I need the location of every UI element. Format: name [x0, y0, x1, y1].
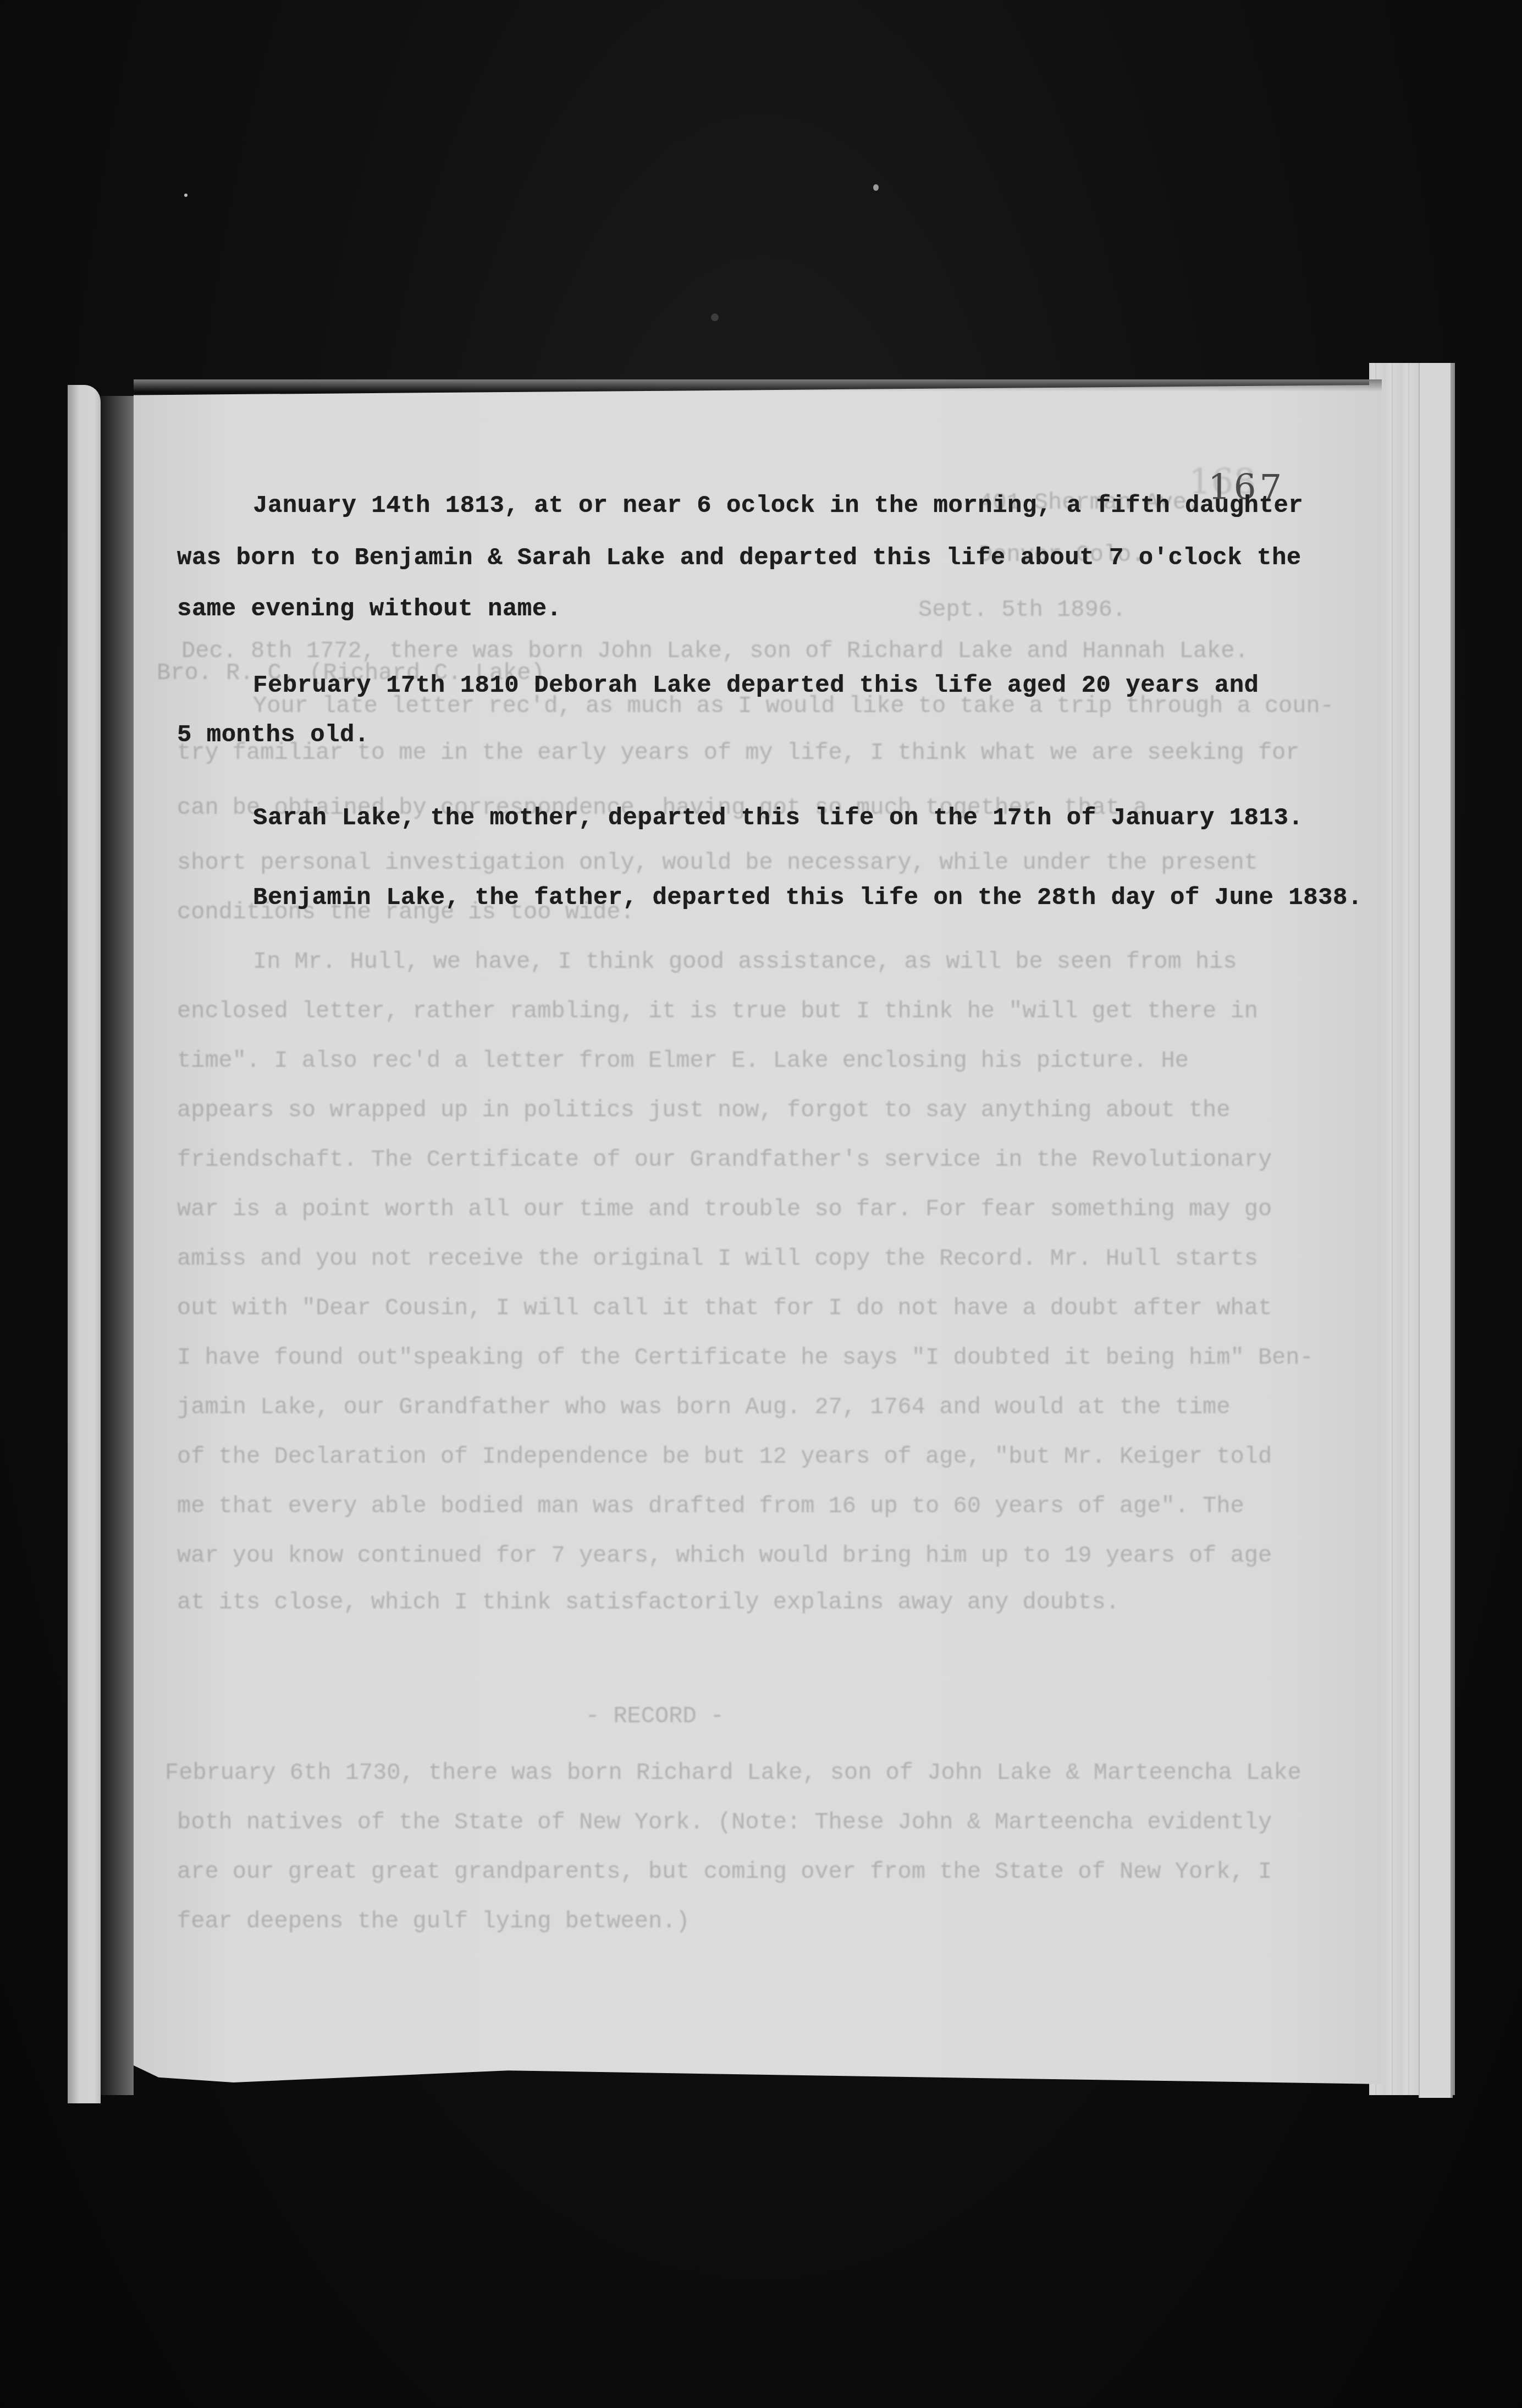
ghost-body-line: appears so wrapped up in politics just n… [177, 1097, 1231, 1123]
paragraph-2-line-1: February 17th 1810 Deborah Lake departed… [253, 672, 1259, 699]
microfilm-scan: 401 Sherman Ave. Denver Colo. Sept. 5th … [0, 0, 1522, 2408]
ghost-body-line: time". I also rec'd a letter from Elmer … [177, 1048, 1189, 1074]
ghost-record-line: February 6th 1730, there was born Richar… [165, 1760, 1302, 1786]
ghost-record-heading: - RECORD - [586, 1703, 724, 1729]
left-page-edge [68, 385, 101, 2103]
ghost-record-line: are our great great grandparents, but co… [177, 1859, 1272, 1885]
ghost-body-line: out with "Dear Cousin, I will call it th… [177, 1295, 1272, 1321]
dust-speck [711, 313, 719, 321]
paragraph-1-line-3: same evening without name. [177, 596, 562, 623]
ghost-body-line: of the Declaration of Independence be bu… [177, 1443, 1272, 1470]
ghost-body-line: enclosed letter, rather rambling, it is … [177, 998, 1258, 1024]
paragraph-3-line-1: Sarah Lake, the mother, departed this li… [253, 804, 1303, 832]
ghost-date: Sept. 5th 1896. [918, 597, 1126, 623]
ghost-body-line: at its close, which I think satisfactori… [177, 1589, 1120, 1616]
ghost-body-line: jamin Lake, our Grandfather who was born… [177, 1394, 1231, 1420]
ghost-body-line: short personal investigation only, would… [177, 850, 1258, 876]
paragraph-4-line-1: Benjamin Lake, the father, departed this… [253, 884, 1363, 912]
paragraph-1-line-1: January 14th 1813, at or near 6 oclock i… [253, 492, 1303, 520]
ghost-body-line: I have found out"speaking of the Certifi… [177, 1344, 1314, 1371]
dust-speck [184, 194, 188, 197]
ghost-body-line: friendschaft. The Certificate of our Gra… [177, 1147, 1272, 1173]
page-edge-strip [1419, 363, 1453, 2098]
ghost-record-line: fear deepens the gulf lying between.) [177, 1908, 690, 1935]
ghost-body-line: amiss and you not receive the original I… [177, 1246, 1258, 1272]
paragraph-1-line-2: was born to Benjamin & Sarah Lake and de… [177, 544, 1302, 572]
page-top-shadow [134, 379, 1382, 392]
ghost-body-line: me that every able bodied man was drafte… [177, 1493, 1244, 1519]
paragraph-2-line-2: 5 months old. [177, 721, 370, 749]
ghost-body-line: In Mr. Hull, we have, I think good assis… [253, 949, 1237, 975]
book-gutter [101, 396, 134, 2095]
ghost-body-line: war you know continued for 7 years, whic… [177, 1542, 1272, 1569]
dust-speck [873, 184, 879, 191]
ghost-record-line: both natives of the State of New York. (… [177, 1809, 1272, 1836]
ghost-body-line: war is a point worth all our time and tr… [177, 1196, 1272, 1222]
